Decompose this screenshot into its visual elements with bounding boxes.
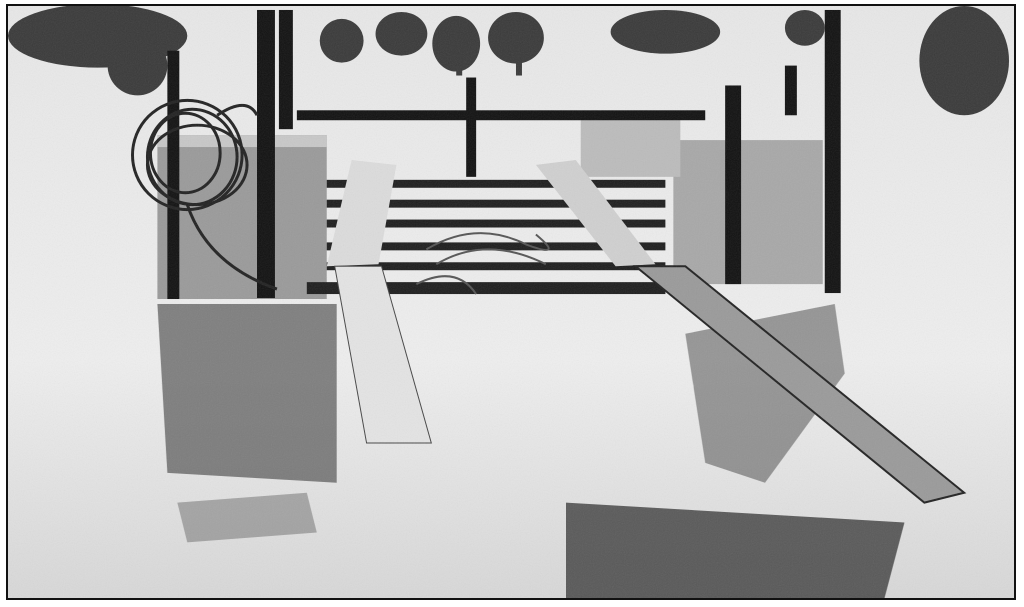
photo-frame — [6, 4, 1016, 600]
flood-photo — [8, 6, 1014, 598]
